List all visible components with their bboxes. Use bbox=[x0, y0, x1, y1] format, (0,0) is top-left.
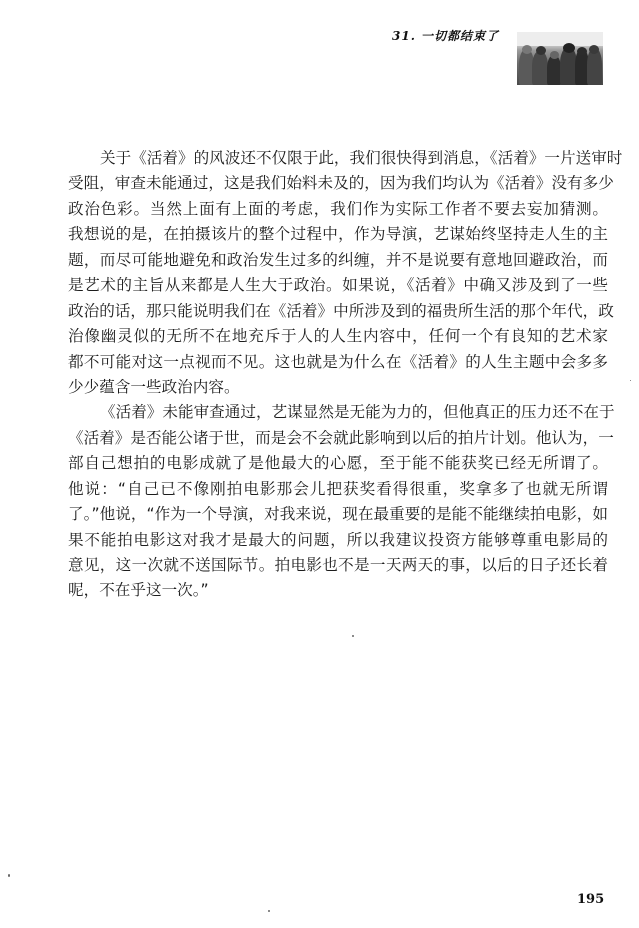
scan-speck bbox=[630, 380, 631, 381]
text-line: 《活着》是否能公诸于世，而是会不会就此影响到以后的拍片计划。他认为，一 bbox=[68, 426, 608, 451]
text-line: 是艺术的主旨从来都是人生大于政治。如果说，《活着》中确又涉及到了一些 bbox=[68, 273, 608, 298]
photo-head bbox=[536, 46, 546, 55]
photo-figure bbox=[547, 55, 561, 85]
photo-head bbox=[550, 51, 559, 59]
text-line: 呢，不在乎这一次。” bbox=[68, 578, 608, 603]
scan-speck bbox=[8, 874, 10, 877]
page-number: 195 bbox=[577, 892, 604, 907]
photo-figure bbox=[532, 51, 548, 85]
text-line: 他说：“自己已不像刚拍电影那会儿把获奖看得很重，奖拿多了也就无所谓 bbox=[68, 477, 608, 502]
scan-speck bbox=[352, 635, 354, 637]
running-header-chapter-title: 31. 一切都结束了 bbox=[392, 27, 499, 44]
photo-head bbox=[563, 43, 575, 53]
text-line: 《活着》未能审查通过，艺谋显然是无能为力的，但他真正的压力还不在于 bbox=[68, 400, 608, 425]
scan-speck bbox=[268, 910, 270, 912]
text-line: 部自己想拍的电影成就了是他最大的心愿，至于能不能获奖已经无所谓了。 bbox=[68, 451, 608, 476]
photo-head bbox=[589, 45, 599, 54]
photo-sky bbox=[517, 32, 603, 46]
text-line: 都不可能对这一点视而不见。这也就是为什么在《活着》的人生主题中会多多 bbox=[68, 350, 608, 375]
photo-head bbox=[522, 45, 532, 54]
text-line: 政治的话，那只能说明我们在《活着》中所涉及到的福贵所生活的那个年代，政 bbox=[68, 299, 608, 324]
text-line: 关于《活着》的风波还不仅限于此，我们很快得到消息，《活着》一片送审时 bbox=[68, 146, 608, 171]
text-line: 了。”他说，“作为一个导演，对我来说，现在最重要的是能不能继续拍电影，如 bbox=[68, 502, 608, 527]
body-text: 关于《活着》的风波还不仅限于此，我们很快得到消息，《活着》一片送审时 受阻，审查… bbox=[68, 146, 608, 604]
text-line: 题，而尽可能地避免和政治发生过多的纠缠，并不是说要有意地回避政治，而 bbox=[68, 248, 608, 273]
text-line: 受阻，审查未能通过，这是我们始料未及的，因为我们均认为《活着》没有多少 bbox=[68, 171, 608, 196]
text-line: 我想说的是，在拍摄该片的整个过程中，作为导演，艺谋始终坚持走人生的主 bbox=[68, 222, 608, 247]
text-line: 果不能拍电影这对我才是最大的问题，所以我建议投资方能够尊重电影局的 bbox=[68, 528, 608, 553]
text-line: 政治色彩。当然上面有上面的考虑，我们作为实际工作者不要去妄加猜测。 bbox=[68, 197, 608, 222]
text-line: 少少蕴含一些政治内容。 bbox=[68, 375, 608, 400]
text-line: 治像幽灵似的无所不在地充斥于人的人生内容中，任何一个有良知的艺术家 bbox=[68, 324, 608, 349]
photo-head bbox=[577, 47, 587, 56]
text-line: 意见，这一次就不送国际节。拍电影也不是一天两天的事，以后的日子还长着 bbox=[68, 553, 608, 578]
chapter-photo bbox=[517, 32, 603, 85]
